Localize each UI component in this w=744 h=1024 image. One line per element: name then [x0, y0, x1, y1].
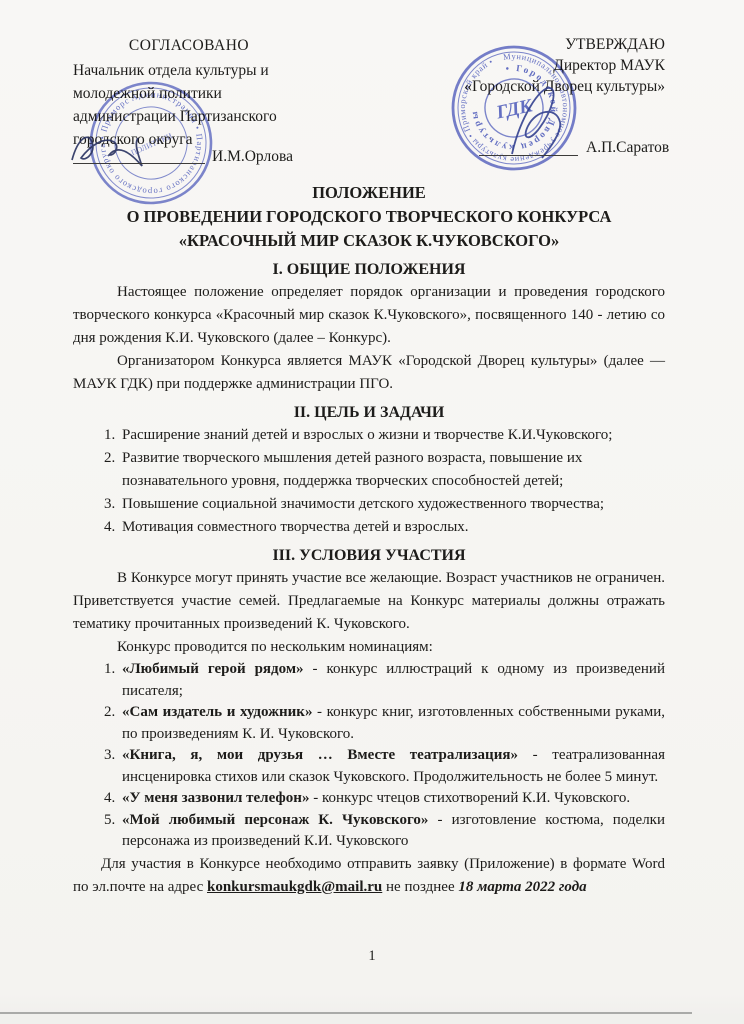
signature-line-right: [479, 139, 578, 156]
list-item: Расширение знаний детей и взрослых о жиз…: [119, 424, 665, 447]
nominations-list: «Любимый герой рядом» - конкурс иллюстра…: [73, 659, 665, 853]
scanned-document-page: СОГЛАСОВАНО Начальник отдела культуры и …: [0, 0, 744, 1024]
section-heading-conditions: III. УСЛОВИЯ УЧАСТИЯ: [73, 547, 665, 565]
title-line-3: «КРАСОЧНЫЙ МИР СКАЗОК К.ЧУКОВСКОГО»: [73, 229, 665, 253]
section-heading-general: I. ОБЩИЕ ПОЛОЖЕНИЯ: [73, 261, 665, 279]
approval-left-title: СОГЛАСОВАНО: [73, 34, 305, 57]
document-body: ПОЛОЖЕНИЕ О ПРОВЕДЕНИИ ГОРОДСКОГО ТВОРЧЕ…: [73, 181, 665, 899]
signatory-name-left: И.М.Орлова: [212, 148, 293, 166]
signatory-name-right: А.П.Саратов: [586, 139, 669, 157]
nomination-name: «Любимый герой рядом»: [122, 661, 304, 677]
email-address: konkursmaukgdk@mail.ru: [207, 879, 382, 895]
deadline-date: 18 марта 2022 года: [458, 879, 586, 895]
list-item: «У меня зазвонил телефон» - конкурс чтец…: [119, 788, 665, 810]
nomination-name: «Книга, я, мои друзья … Вместе театрализ…: [122, 747, 518, 763]
list-item: Повышение социальной значимости детского…: [119, 493, 665, 516]
signature-line-left: [73, 147, 205, 164]
nomination-name: «Сам издатель и художник»: [122, 704, 312, 720]
paragraph: В Конкурсе могут принять участие все жел…: [73, 567, 665, 636]
list-item: «Мой любимый персонаж К. Чуковского» - и…: [119, 810, 665, 853]
scan-edge-strip: [0, 1014, 744, 1024]
goals-list: Расширение знаний детей и взрослых о жиз…: [73, 424, 665, 539]
title-line-2: О ПРОВЕДЕНИИ ГОРОДСКОГО ТВОРЧЕСКОГО КОНК…: [73, 205, 665, 229]
closing-paragraph: Для участия в Конкурсе необходимо отправ…: [73, 853, 665, 899]
document-title: ПОЛОЖЕНИЕ О ПРОВЕДЕНИИ ГОРОДСКОГО ТВОРЧЕ…: [73, 181, 665, 253]
list-item: «Сам издатель и художник» - конкурс книг…: [119, 702, 665, 745]
title-line-1: ПОЛОЖЕНИЕ: [73, 181, 665, 205]
paragraph: Организатором Конкурса является МАУК «Го…: [73, 350, 665, 396]
page-number: 1: [0, 948, 744, 965]
list-item: Развитие творческого мышления детей разн…: [119, 447, 665, 493]
paragraph: Конкурс проводится по нескольким номинац…: [73, 636, 665, 659]
paragraph: Настоящее положение определяет порядок о…: [73, 281, 665, 350]
list-item: Мотивация совместного творчества детей и…: [119, 516, 665, 539]
list-item: «Книга, я, мои друзья … Вместе театрализ…: [119, 745, 665, 788]
nomination-name: «Мой любимый персонаж К. Чуковского»: [122, 812, 428, 828]
list-item: «Любимый герой рядом» - конкурс иллюстра…: [119, 659, 665, 702]
closing-middle: не позднее: [382, 879, 458, 895]
nomination-desc: - конкурс чтецов стихотворений К.И. Чуко…: [309, 790, 630, 806]
nomination-name: «У меня зазвонил телефон»: [122, 790, 309, 806]
section-heading-goals: II. ЦЕЛЬ И ЗАДАЧИ: [73, 404, 665, 422]
